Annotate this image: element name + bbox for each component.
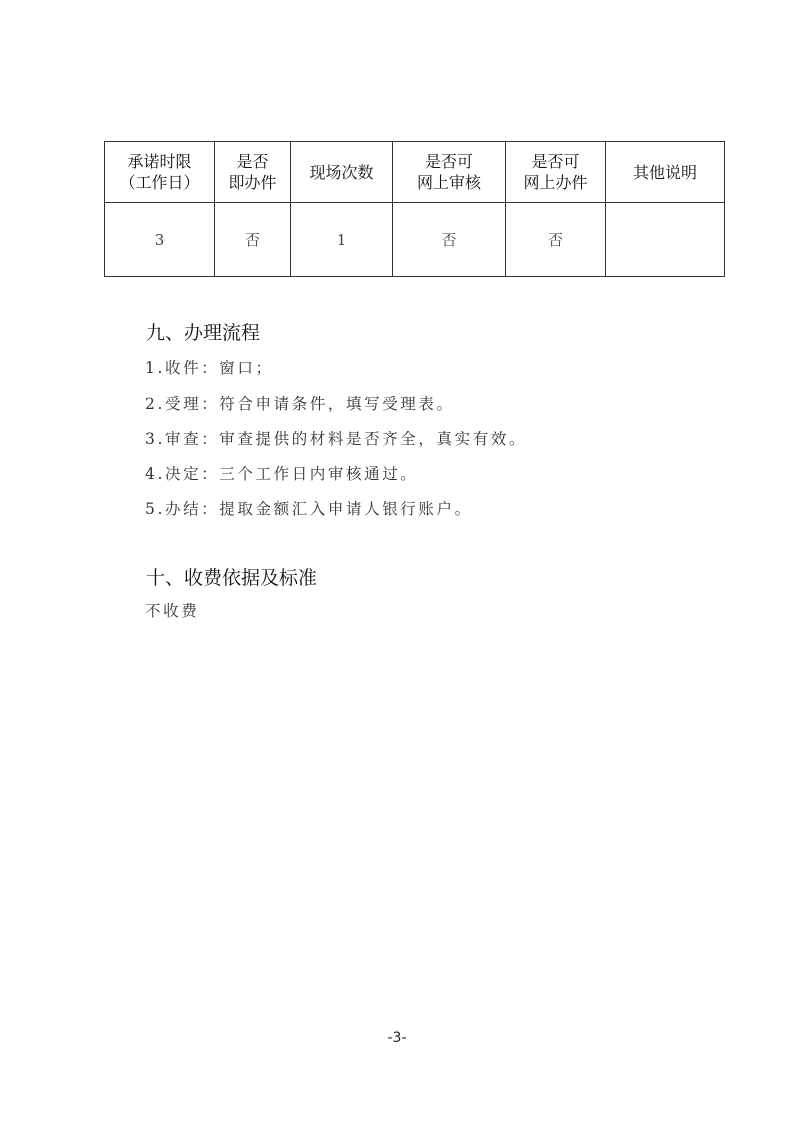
process-step-2: 2.受理：符合申请条件，填写受理表。: [145, 392, 455, 414]
section-9-title: 九、办理流程: [146, 318, 260, 345]
page-number: -3-: [0, 1030, 794, 1046]
table-header-row: 承诺时限（工作日） 是否即办件 现场次数 是否可网上审核 是否可网上办件 其他说…: [105, 142, 725, 203]
cell-commitment-days: 3: [105, 203, 215, 277]
fee-statement: 不收费: [145, 599, 199, 621]
process-step-4: 4.决定：三个工作日内审核通过。: [145, 462, 418, 484]
cell-onsite-visits: 1: [291, 203, 393, 277]
section-10-title: 十、收费依据及标准: [146, 563, 317, 590]
header-online-review: 是否可网上审核: [393, 142, 506, 203]
cell-immediate: 否: [215, 203, 291, 277]
table-row: 3 否 1 否 否: [105, 203, 725, 277]
service-info-table: 承诺时限（工作日） 是否即办件 现场次数 是否可网上审核 是否可网上办件 其他说…: [104, 141, 725, 277]
process-step-5: 5.办结：提取金额汇入申请人银行账户。: [145, 497, 473, 519]
process-step-3: 3.审查：审查提供的材料是否齐全，真实有效。: [145, 427, 527, 449]
cell-other-notes: [606, 203, 725, 277]
header-online-processing: 是否可网上办件: [506, 142, 606, 203]
header-other-notes: 其他说明: [606, 142, 725, 203]
cell-online-review: 否: [393, 203, 506, 277]
cell-online-processing: 否: [506, 203, 606, 277]
header-commitment-days: 承诺时限（工作日）: [105, 142, 215, 203]
header-onsite-visits: 现场次数: [291, 142, 393, 203]
process-step-1: 1.收件：窗口；: [145, 356, 274, 378]
header-immediate: 是否即办件: [215, 142, 291, 203]
document-page: 承诺时限（工作日） 是否即办件 现场次数 是否可网上审核 是否可网上办件 其他说…: [0, 0, 794, 1122]
